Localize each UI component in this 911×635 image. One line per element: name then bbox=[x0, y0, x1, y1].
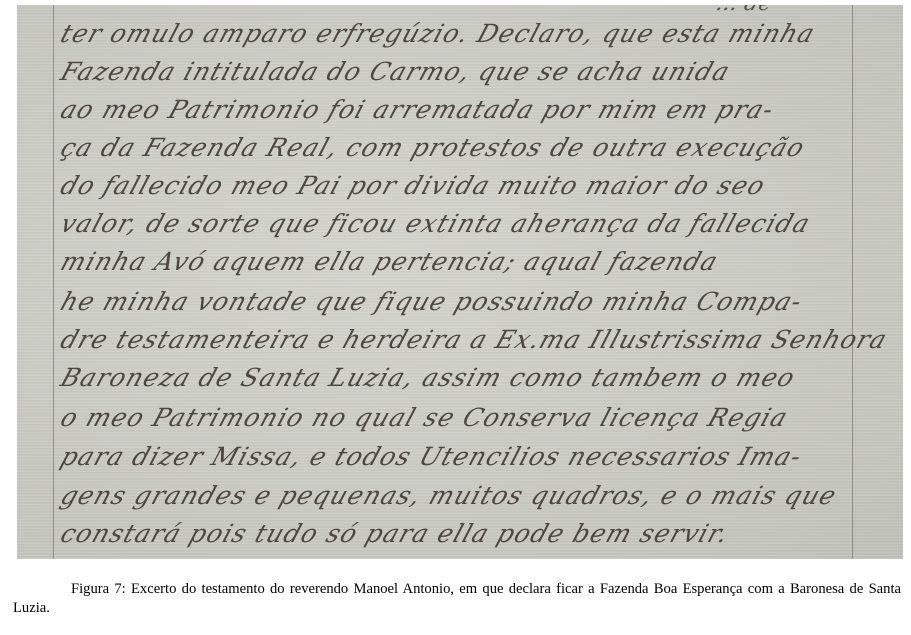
manuscript-line: he minha vontade que fique possuindo min… bbox=[57, 287, 807, 316]
manuscript-top-fragment: ... de bbox=[713, 5, 776, 16]
manuscript-line: o meo Patrimonio no qual se Conserva lic… bbox=[57, 403, 792, 432]
manuscript-line: para dizer Missa, e todos Utencilios nec… bbox=[57, 442, 806, 471]
manuscript-line: Fazenda intitulada do Carmo, que se acha… bbox=[57, 57, 734, 86]
right-margin-rule bbox=[852, 5, 853, 559]
manuscript-line: ter omulo amparo erfregúzio. Declaro, qu… bbox=[57, 19, 819, 48]
manuscript-line: ça da Fazenda Real, com protestos de out… bbox=[57, 133, 809, 162]
left-margin-rule bbox=[53, 5, 54, 559]
manuscript-photo: ... de ter omulo amparo erfregúzio. Decl… bbox=[17, 5, 903, 559]
manuscript-line: constará pois tudo só para ella pode bem… bbox=[57, 519, 733, 548]
manuscript-line: gens grandes e pequenas, muitos quadros,… bbox=[57, 481, 841, 510]
manuscript-line: dre testamenteira e herdeira a Ex.ma Ill… bbox=[57, 325, 892, 354]
manuscript-line: minha Avó aquem ella pertencia; aqual fa… bbox=[57, 247, 722, 276]
caption-text: Figura 7: Excerto do testamento do rever… bbox=[13, 581, 901, 616]
manuscript-line: Baroneza de Santa Luzia, assim como tamb… bbox=[57, 363, 799, 392]
figure-caption: Figura 7: Excerto do testamento do rever… bbox=[13, 580, 901, 618]
manuscript-line: valor, de sorte que ficou extinta aheran… bbox=[57, 209, 814, 238]
manuscript-line: ao meo Patrimonio foi arrematada por mim… bbox=[57, 95, 778, 124]
manuscript-line: do fallecido meo Pai por divida muito ma… bbox=[57, 171, 769, 200]
